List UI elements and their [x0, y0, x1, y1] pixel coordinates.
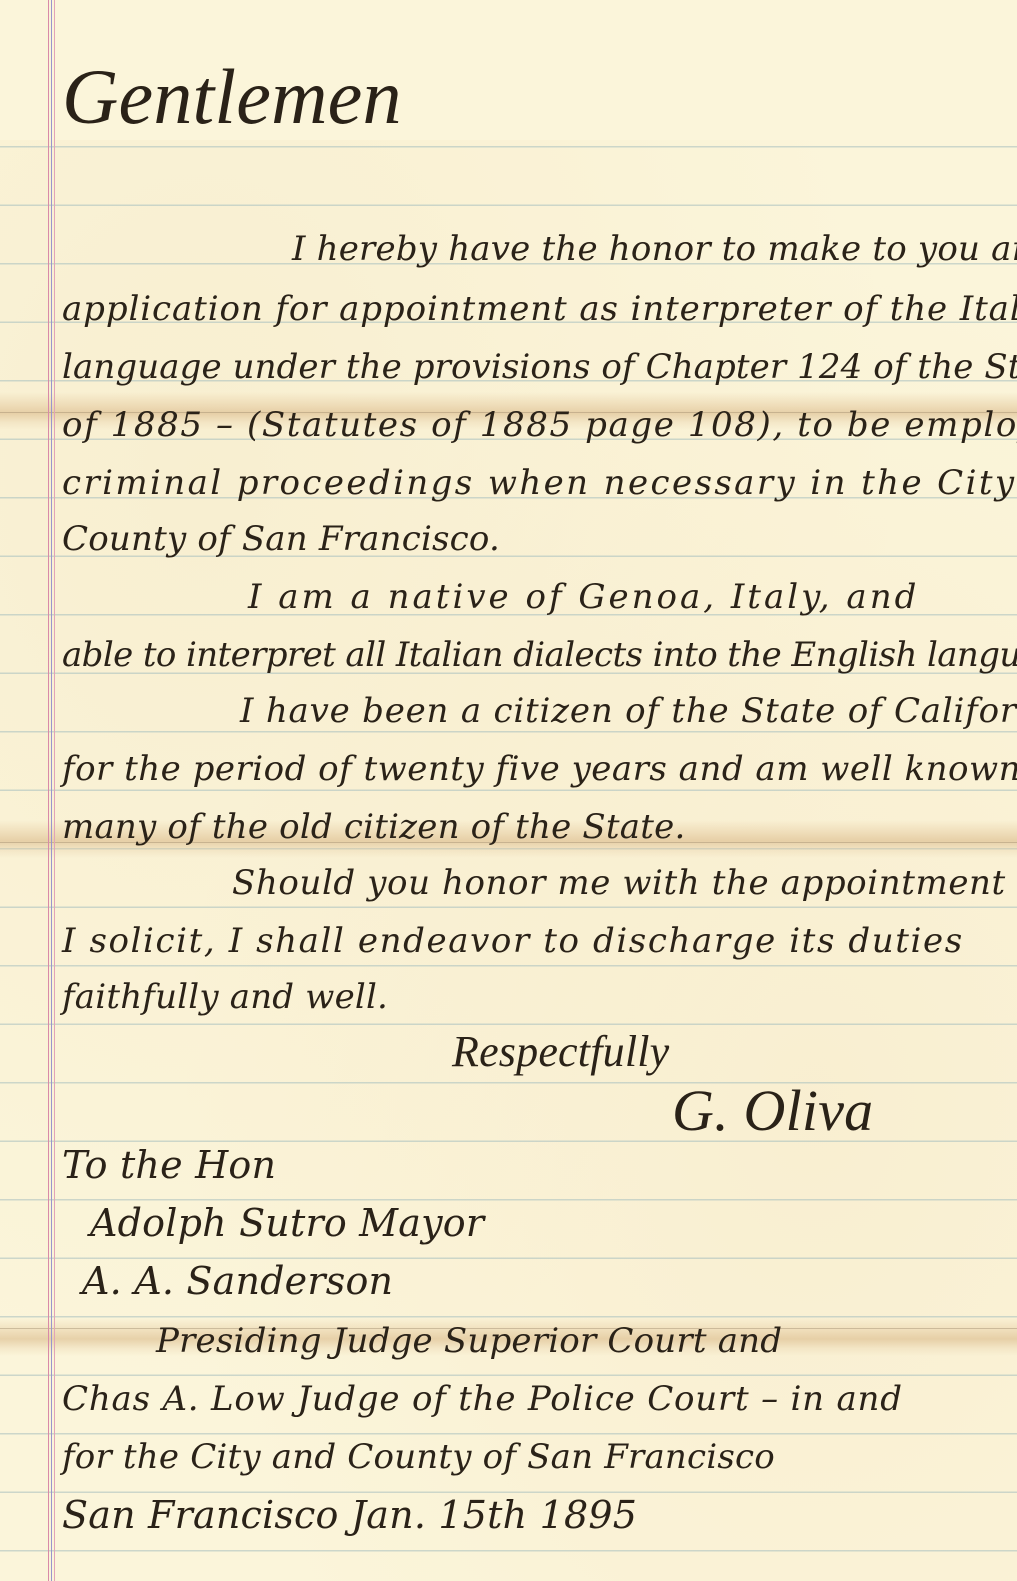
- addressee-line: A. A. Sanderson: [82, 1262, 393, 1300]
- letter-page: Gentlemen I hereby have the honor to mak…: [0, 0, 1017, 1581]
- signature: G. Oliva: [672, 1082, 873, 1140]
- margin-line-red: [48, 0, 49, 1581]
- paragraph-line: I have been a citizen of the State of Ca…: [240, 694, 1017, 728]
- addressee-line: To the Hon: [62, 1146, 276, 1184]
- paragraph-line: application for appointment as interpret…: [62, 292, 1017, 326]
- paragraph-line: Should you honor me with the appointment: [232, 866, 1006, 900]
- paragraph-line: criminal proceedings when necessary in t…: [62, 466, 1017, 500]
- paragraph-line: I am a native of Genoa, Italy, and: [248, 580, 919, 614]
- addressee-line: for the City and County of San Francisco: [62, 1440, 775, 1474]
- addressee-line: Adolph Sutro Mayor: [90, 1204, 484, 1242]
- paragraph-line: many of the old citizen of the State.: [62, 810, 685, 844]
- paragraph-line: faithfully and well.: [62, 980, 388, 1014]
- addressee-line: Presiding Judge Superior Court and: [156, 1324, 782, 1358]
- paragraph-line: language under the provisions of Chapter…: [62, 350, 1017, 384]
- paragraph-line: I solicit, I shall endeavor to discharge…: [62, 924, 964, 958]
- paragraph-line: for the period of twenty five years and …: [62, 752, 1017, 786]
- margin-line-red-inner: [54, 0, 55, 1581]
- paragraph-line: County of San Francisco.: [62, 522, 500, 556]
- paragraph-line: I hereby have the honor to make to you a…: [292, 232, 1017, 266]
- paragraph-line: of 1885 – (Statutes of 1885 page 108), t…: [62, 408, 1017, 442]
- paragraph-line: able to interpret all Italian dialects i…: [62, 638, 1017, 672]
- closing: Respectfully: [452, 1030, 669, 1074]
- dateline: San Francisco Jan. 15th 1895: [62, 1496, 637, 1534]
- addressee-line: Chas A. Low Judge of the Police Court – …: [62, 1382, 903, 1416]
- margin-line-blue: [51, 0, 52, 1581]
- salutation: Gentlemen: [62, 58, 402, 136]
